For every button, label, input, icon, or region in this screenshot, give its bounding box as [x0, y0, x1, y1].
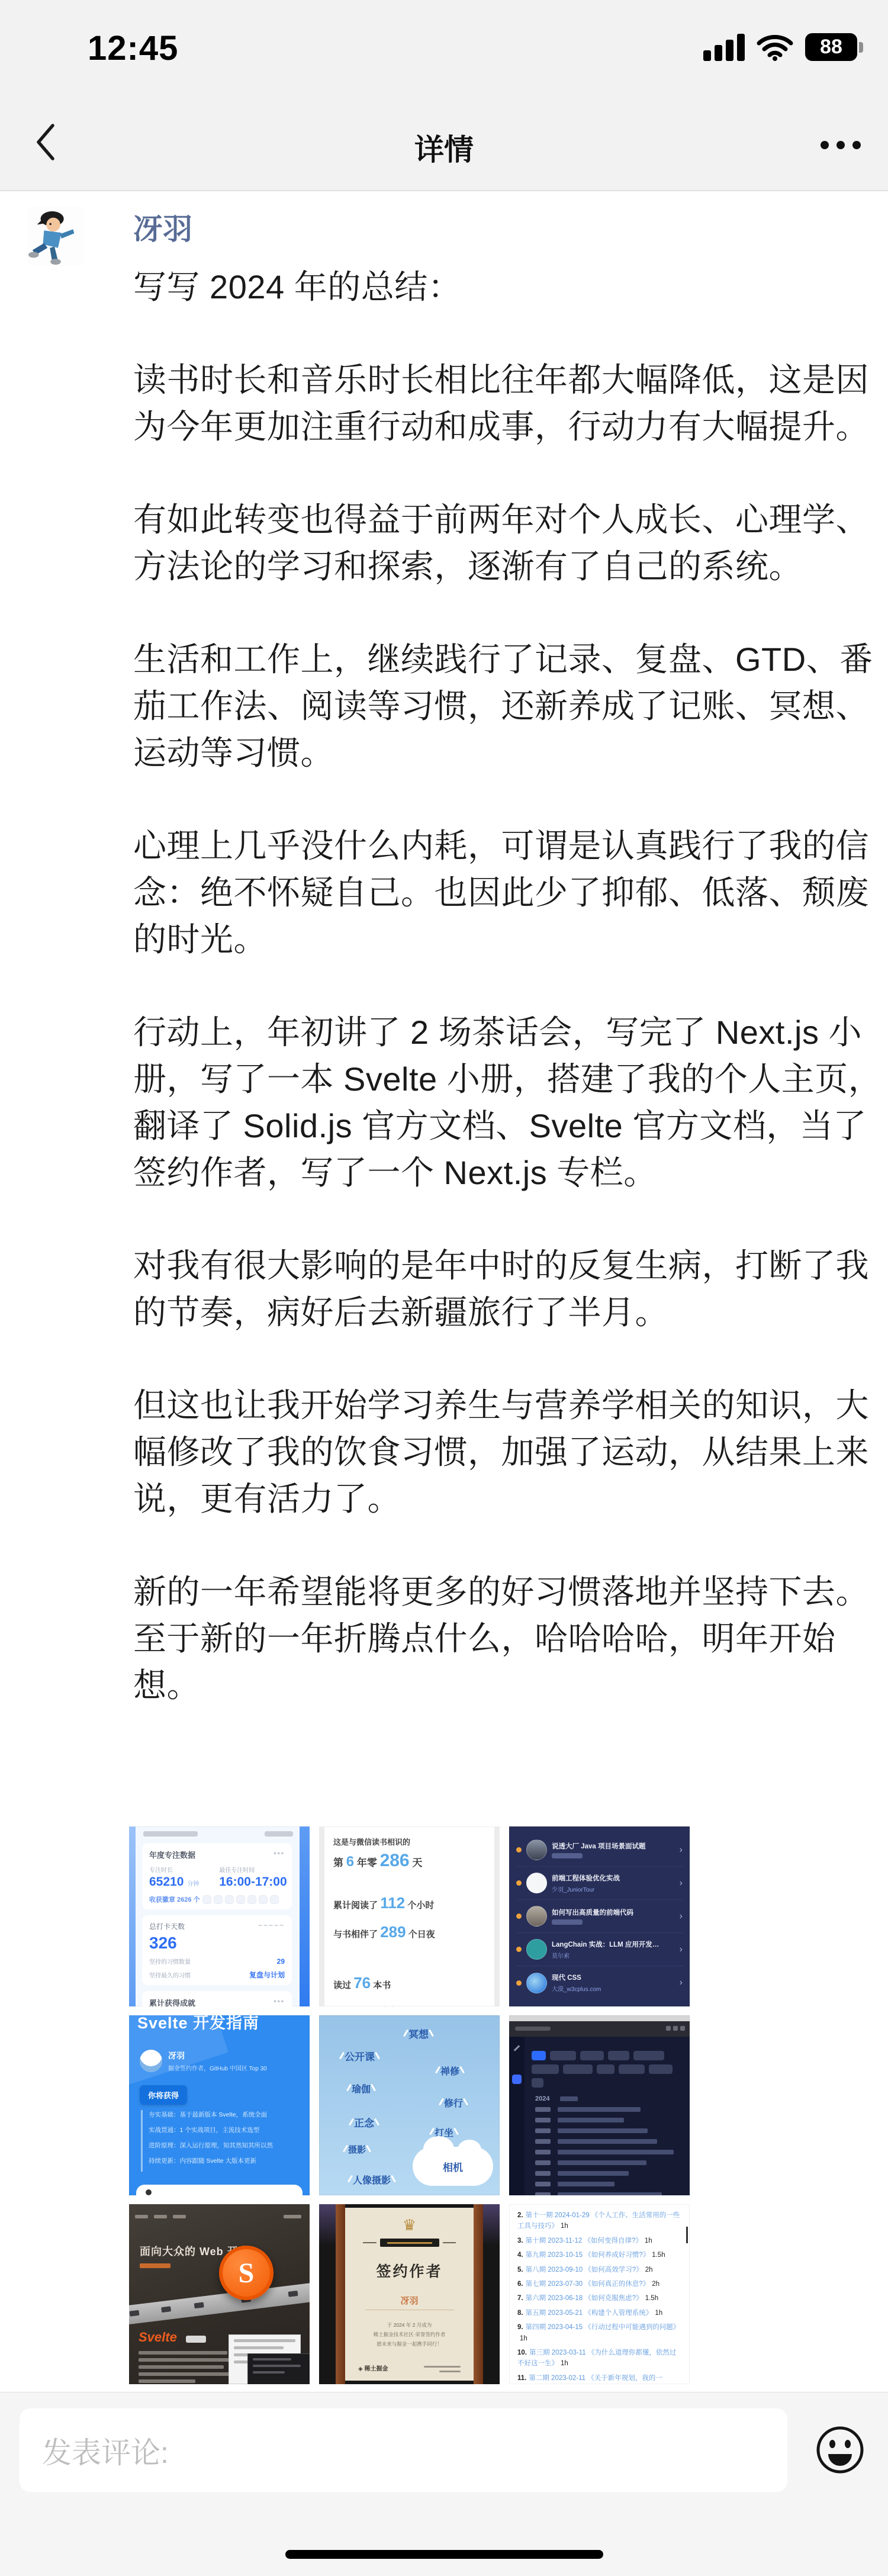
juejin-brand: ◈ 稀土掘金 [358, 2363, 388, 2372]
page-title: 详情 [0, 126, 888, 169]
svelte-logo-badge: S [219, 2246, 274, 2300]
certificate-signature [424, 2363, 461, 2372]
post-image-svelte-booklet[interactable]: Svelte 开发指南 冴羽 掘金签约作者，GitHub 中国区 Top 30 … [129, 2015, 310, 2195]
more-options-button[interactable] [821, 141, 861, 149]
paragraph: 新的一年希望能将更多的好习惯落地并坚持下去。至于新的一年折腾点什么，哈哈哈哈，明… [133, 1568, 886, 1709]
paragraph: 生活和工作上，继续践行了记录、复盘、GTD、番茄工作法、阅读等习惯，还新养成了记… [133, 636, 886, 776]
svelte-logo-text: Svelte [139, 2330, 177, 2345]
comment-placeholder: 发表评论: [42, 2429, 169, 2472]
pen-icon [514, 2045, 520, 2051]
status-icons: 88 [703, 33, 863, 61]
best-focus-time: 16:00-17:00 [219, 1875, 287, 1889]
chevron-right-icon: › [680, 1845, 684, 1855]
course-row: 如何写出高质量的前端代码 › [516, 1900, 684, 1933]
emoji-button[interactable] [815, 2424, 866, 2475]
running-cartoon-avatar [27, 207, 85, 266]
paragraph: 读书时长和音乐时长相比往年都大幅降低，这是因为今年更加注重行动和成事，行动力有大… [133, 356, 886, 450]
comment-input[interactable]: 发表评论: [20, 2408, 787, 2492]
course-row: 说透大厂 Java 项目场景面试题 › [516, 1834, 684, 1867]
post-image-habit-stats[interactable]: 年度专注数据 ••• 专注时长 65210 分钟 最佳专注时间 16:00-17… [129, 1826, 310, 2006]
home-indicator [285, 2550, 603, 2559]
focus-minutes: 65210 [149, 1875, 184, 1889]
post-image-webdev-slide[interactable]: 面向大众的 Web 开发 S Svelte [129, 2204, 310, 2384]
author-name[interactable]: 冴羽 [133, 205, 192, 248]
author-bar [552, 1853, 583, 1858]
books-finished: 32 [380, 2003, 397, 2006]
cellular-signal-icon [703, 34, 745, 61]
note-rows: 2024 [535, 2093, 685, 2195]
post-image-word-cloud[interactable]: 冥想 公开课 禅修 瑜伽 修行 正念 打坐 摄影 人像摄影 相机 [319, 2015, 500, 2195]
active-tool [512, 2075, 522, 2084]
reading-years: 6 [346, 1854, 354, 1870]
paragraph: 有如此转变也得益于前两年对个人成长、心理学、方法论的学习和探索，逐渐有了自己的系… [133, 496, 886, 590]
badges-count: 收获徽章 2626 个 [149, 1895, 200, 1904]
post-image-course-list[interactable]: 说透大厂 Java 项目场景面试题 › 前端工程体验优化实战少羽_JuniorT… [509, 1826, 690, 2006]
battery-icon: 88 [805, 33, 863, 61]
status-time: 12:45 [88, 28, 178, 68]
post-image-author-certificate[interactable]: ♛ 签约作者 冴羽 于 2024 年 2 月成为 稀土掘金技术社区·荣誉签约作者… [319, 2204, 500, 2384]
course-row: 前端工程体验优化实战少羽_JuniorTour › [516, 1867, 684, 1900]
top-bar: 12:45 88 详情 [0, 0, 888, 191]
wifi-icon [757, 34, 793, 61]
post-text: 写写 2024 年的总结： 读书时长和音乐时长相比往年都大幅降低，这是因为今年更… [133, 263, 886, 1709]
paragraph: 心理上几乎没什么内耗，可谓是认真践行了我的信念：绝不怀疑自己。也因此少了抑郁、低… [133, 822, 886, 963]
author-avatar[interactable] [27, 207, 85, 266]
scrollbar [686, 2227, 688, 2243]
books-read: 76 [353, 1974, 371, 1992]
post-content: 冴羽 写写 2024 年的总结： 读书时长和音乐时长相比往年都大幅降低，这是因为… [0, 192, 888, 2392]
booklet-title: Svelte 开发指南 [137, 2015, 259, 2033]
post-image-dark-editor[interactable]: 2024 [509, 2015, 690, 2195]
paragraph: 行动上，年初讲了 2 场茶话会，写完了 Next.js 小册，写了一本 Svel… [133, 1009, 886, 1196]
post-image-reading-stats[interactable]: 这是与微信读书相识的 第 6 年零 286 天 累计阅读了 112 个小时 与书… [319, 1826, 500, 2006]
reading-days: 286 [380, 1851, 410, 1870]
tag-chips [532, 2051, 686, 2088]
bullet-dot [516, 1847, 522, 1853]
paragraph: 但这也让我开始学习养生与营养学相关的知识，大幅修改了我的饮食习惯，加强了运动，从… [133, 1382, 886, 1522]
certificate-title: 签约作者 [345, 2260, 474, 2281]
slide-screenshot-dark [247, 2353, 310, 2384]
paragraph: 写写 2024 年的总结： [133, 263, 886, 310]
certificate-name: 冴羽 [345, 2294, 474, 2307]
post-image-talk-list[interactable]: 2.第十一期 2024-01-29 《个人工作、生活常用的一些工具与技巧》1h … [509, 2204, 690, 2384]
comment-bar: 发表评论: [0, 2392, 888, 2576]
total-checkin-days: 326 [149, 1934, 285, 1953]
booklet-author-avatar [140, 2050, 162, 2072]
course-row: 现代 CSS大漠_w3cplus.com › [516, 1966, 684, 1999]
course-row: LangChain 实战：LLM 应用开发…莫尔索 › [516, 1933, 684, 1966]
camera-cloud: 相机 [413, 2147, 493, 2186]
crown-icon: ♛ [345, 2216, 474, 2234]
wechat-post-detail-screen: 12:45 88 详情 [0, 0, 888, 2576]
course-avatar [526, 1839, 547, 1860]
habit-card-title: 年度专注数据 [149, 1849, 195, 1860]
booklet-benefits-button: 你将获得 [140, 2085, 187, 2105]
paragraph: 对我有很大影响的是年中时的反复生病，打断了我的节奏，病好后去新疆旅行了半月。 [133, 1242, 886, 1336]
battery-percent: 88 [805, 33, 857, 61]
reading-hours: 112 [380, 1894, 405, 1912]
post-image-grid: 年度专注数据 ••• 专注时长 65210 分钟 最佳专注时间 16:00-17… [129, 1826, 690, 2384]
